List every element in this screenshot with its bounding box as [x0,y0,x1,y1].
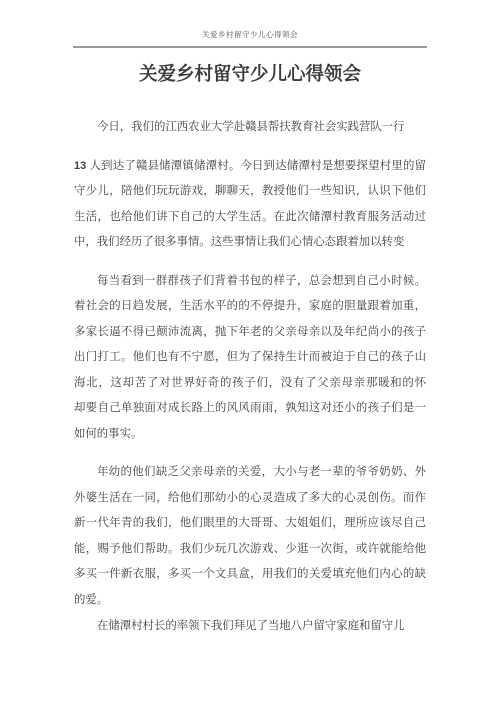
text-line: 外婆生活在一同，给他们那幼小的心灵造成了多大的心灵创伤。而作为 [74,486,426,512]
paragraph: 今日，我们的江西农业大学赴赣县帮扶教育社会实践营队一行 [74,115,426,141]
text-line: 在储潭村村长的率领下我们拜见了当地八户留守家庭和留守儿 [74,614,426,640]
text-line: 守少儿，陪他们玩玩游戏，聊聊天，教授他们一些知识，认识下他们的 [74,179,426,205]
document-body: 今日，我们的江西农业大学赴赣县帮扶教育社会实践营队一行13 人到达了赣县储潭镇储… [74,115,426,640]
text-line: 生活，也给他们讲下自己的大学生活。在此次储潭村教育服务活动过程 [74,205,426,231]
text-line: 每当看到一群群孩子们背着书包的样子，总会想到自己小时候。跟 [74,269,426,295]
page-header-text: 关爱乡村留守少儿心得领会 [202,30,298,39]
document-page: 关爱乡村留守少儿心得领会 关爱乡村留守少儿心得领会 今日，我们的江西农业大学赴赣… [0,0,500,708]
text-line: 如何的事实。 [74,422,426,448]
paragraph: 13 人到达了赣县储潭镇储潭村。今日到达储潭村是想要探望村里的留守少儿，陪他们玩… [74,154,426,256]
text-line: 着社会的日趋发展，生活水平的的不停提升，家庭的胆量跟着加重，很 [74,294,426,320]
text-line: 13 人到达了赣县储潭镇储潭村。今日到达储潭村是想要探望村里的留 [74,154,426,180]
text-line: 年幼的他们缺乏父亲母亲的关爱，大小与老一辈的爷爷奶奶、外公 [74,460,426,486]
page-header: 关爱乡村留守少儿心得领会 [73,29,427,48]
text-line: 的爱。 [74,588,426,614]
text-line: 海北，这却苦了对世界好奇的孩子们，没有了父亲母亲那暖和的怀抱， [74,371,426,397]
text-line: 今日，我们的江西农业大学赴赣县帮扶教育社会实践营队一行 [74,115,426,141]
text-line: 中，我们经历了很多事情。这些事情让我们心情心态跟着加以转变 [74,230,426,256]
text-line: 却要自己单独面对成长路上的风风雨雨，孰知这对还小的孩子们是一个 [74,396,426,422]
paragraph: 年幼的他们缺乏父亲母亲的关爱，大小与老一辈的爷爷奶奶、外公外婆生活在一同，给他们… [74,460,426,613]
text-line: 新一代年青的我们，他们眼里的大哥哥、大姐姐们，理所应该尽自己所 [74,511,426,537]
text-line: 出门打工。他们也有不宁愿，但为了保持生计而被迫于自己的孩子山南 [74,345,426,371]
document-title: 关爱乡村留守少儿心得领会 [0,62,500,88]
paragraph: 每当看到一群群孩子们背着书包的样子，总会想到自己小时候。跟着社会的日趋发展，生活… [74,269,426,448]
text-line: 能，赐予他们帮助。我们少玩几次游戏、少逛一次街，或许就能给他们 [74,537,426,563]
latin-text: 13 [74,160,90,172]
paragraph: 在储潭村村长的率领下我们拜见了当地八户留守家庭和留守儿 [74,614,426,640]
text-line: 多买一件新衣服，多买一个文具盒，用我们的关爱填充他们内心的缺失 [74,562,426,588]
text-line: 多家长逼不得已颠沛流离，抛下年老的父亲母亲以及年纪尚小的孩子而 [74,320,426,346]
